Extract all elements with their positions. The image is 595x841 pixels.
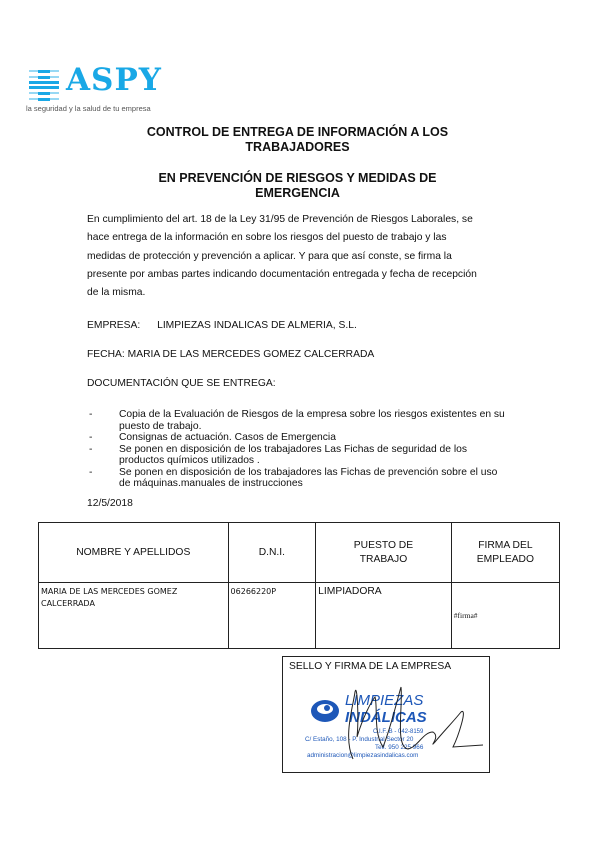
fecha-value: MARIA DE LAS MERCEDES GOMEZ CALCERRADA xyxy=(128,349,375,360)
cell-name: MARIA DE LAS MERCEDES GOMEZ CALCERRADA xyxy=(39,583,229,649)
list-item: -Se ponen en disposición de los trabajad… xyxy=(87,444,507,467)
cell-firma: #firma# xyxy=(451,583,559,649)
dash-bullet: - xyxy=(89,467,92,479)
list-item-text: Consignas de actuación. Casos de Emergen… xyxy=(119,432,336,443)
list-item-text: Se ponen en disposición de los trabajado… xyxy=(119,444,467,467)
document-subtitle: EN PREVENCIÓN DE RIESGOS Y MEDIDAS DE EM… xyxy=(0,171,595,201)
intro-paragraph: En cumplimiento del art. 18 de la Ley 31… xyxy=(87,211,512,302)
list-item: -Copia de la Evaluación de Riesgos de la… xyxy=(87,409,507,432)
stamp-email: administracion@limpiezasindalicas.com xyxy=(307,752,418,759)
title-line: CONTROL DE ENTREGA DE INFORMACIÓN A LOS xyxy=(0,125,595,140)
empresa-field: EMPRESA: LIMPIEZAS INDALICAS DE ALMERIA,… xyxy=(87,320,357,331)
aspy-logo-icon xyxy=(26,68,60,98)
subtitle-line: EN PREVENCIÓN DE RIESGOS Y MEDIDAS DE xyxy=(0,171,595,186)
logo-brand: ASPY xyxy=(66,62,162,98)
dash-bullet: - xyxy=(89,432,92,444)
header-firma: FIRMA DEL EMPLEADO xyxy=(451,523,559,583)
employee-table: NOMBRE Y APELLIDOS D.N.I. PUESTO DE TRAB… xyxy=(38,522,560,649)
intro-line: medidas de protección y prevención a apl… xyxy=(87,248,512,266)
list-item-text: Se ponen en disposición de los trabajado… xyxy=(119,467,497,490)
fecha-field: FECHA: MARIA DE LAS MERCEDES GOMEZ CALCE… xyxy=(87,349,374,360)
title-line: TRABAJADORES xyxy=(0,140,595,155)
dash-bullet: - xyxy=(89,444,92,456)
document-title: CONTROL DE ENTREGA DE INFORMACIÓN A LOS … xyxy=(0,125,595,155)
table-header-row: NOMBRE Y APELLIDOS D.N.I. PUESTO DE TRAB… xyxy=(39,523,560,583)
company-seal-box: SELLO Y FIRMA DE LA EMPRESA LIMPIEZAS IN… xyxy=(282,656,490,773)
empresa-value: LIMPIEZAS INDALICAS DE ALMERIA, S.L. xyxy=(157,320,357,331)
seal-label: SELLO Y FIRMA DE LA EMPRESA xyxy=(289,661,451,672)
cell-dni: 06266220P xyxy=(228,583,316,649)
dash-bullet: - xyxy=(89,409,92,421)
header-name: NOMBRE Y APELLIDOS xyxy=(39,523,229,583)
table-row: MARIA DE LAS MERCEDES GOMEZ CALCERRADA 0… xyxy=(39,583,560,649)
empresa-label: EMPRESA: xyxy=(87,320,140,331)
fecha-label: FECHA: xyxy=(87,349,125,360)
intro-line: En cumplimiento del art. 18 de la Ley 31… xyxy=(87,211,512,229)
header-dni: D.N.I. xyxy=(228,523,316,583)
stamp-address: C/ Estaño, 108 - P. Industrial Sector 20 xyxy=(305,736,414,743)
docs-heading: DOCUMENTACIÓN QUE SE ENTREGA: xyxy=(87,378,276,389)
intro-line: presente por ambas partes indicando docu… xyxy=(87,266,512,284)
subtitle-line: EMERGENCIA xyxy=(0,186,595,201)
header-puesto: PUESTO DE TRABAJO xyxy=(316,523,452,583)
company-stamp-icon: LIMPIEZAS INDÁLICAS C.I.F. B - 042-8159 … xyxy=(283,677,489,772)
stamp-cif: C.I.F. B - 042-8159 xyxy=(373,729,424,735)
list-item: -Consignas de actuación. Casos de Emerge… xyxy=(87,432,507,444)
list-item: -Se ponen en disposición de los trabajad… xyxy=(87,467,507,490)
intro-line: hace entrega de la información en sobre … xyxy=(87,229,512,247)
logo-tagline: la seguridad y la salud de tu empresa xyxy=(26,104,151,113)
list-item-text: Copia de la Evaluación de Riesgos de la … xyxy=(119,409,505,432)
cell-puesto: LIMPIADORA xyxy=(316,583,452,649)
documents-list: -Copia de la Evaluación de Riesgos de la… xyxy=(87,409,507,490)
document-date: 12/5/2018 xyxy=(87,498,133,509)
intro-line: de la misma. xyxy=(87,284,512,302)
stamp-name-2: INDÁLICAS xyxy=(345,709,427,726)
